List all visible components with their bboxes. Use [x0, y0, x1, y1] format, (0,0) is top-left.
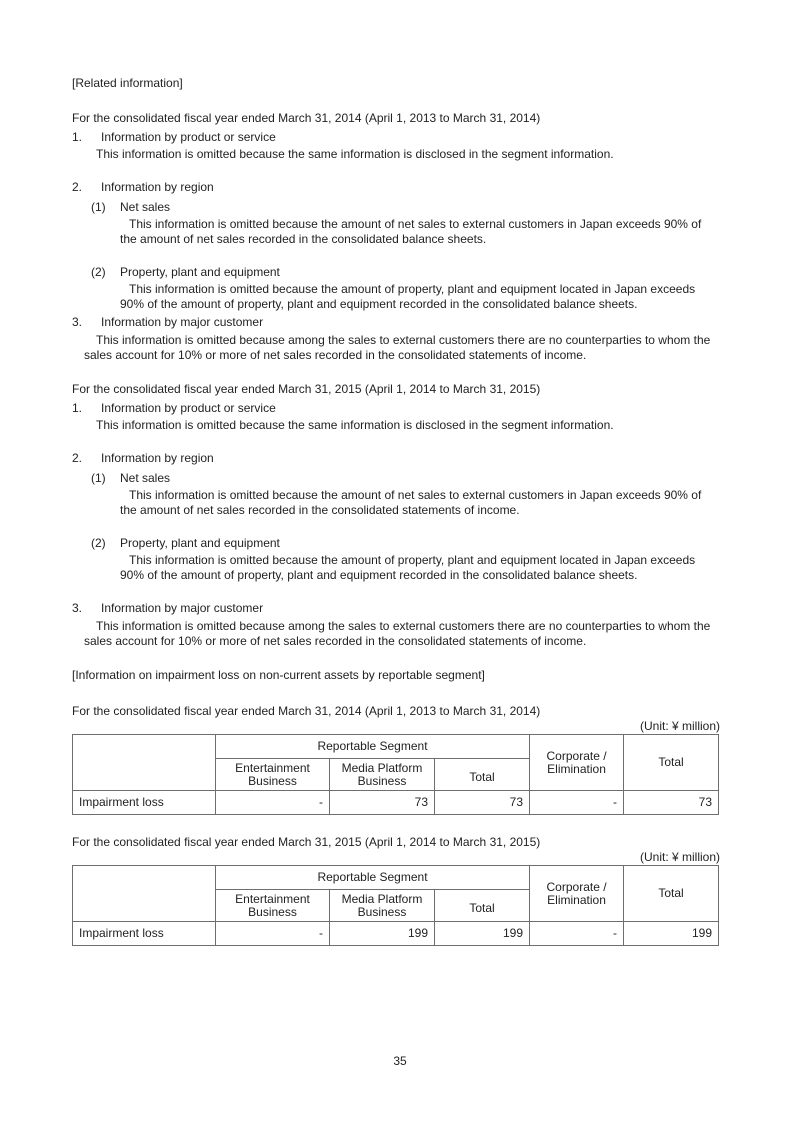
- fy2015-sub1-line1: This information is omitted because the …: [129, 488, 701, 503]
- table-row: Impairment loss - 73 73 - 73: [73, 791, 719, 815]
- header-media-line2: Business: [336, 906, 428, 919]
- header-corporate-line1: Corporate /: [536, 750, 617, 763]
- header-total: Total: [624, 735, 719, 791]
- header-entertainment-line1: Entertainment: [222, 762, 323, 775]
- header-entertainment-line2: Business: [222, 906, 323, 919]
- fy2014-item3-title: Information by major customer: [101, 315, 263, 330]
- cell-media-platform: 73: [330, 791, 435, 815]
- header-corporate-line2: Elimination: [536, 763, 617, 776]
- fy2015-item2-title: Information by region: [101, 451, 214, 466]
- fy2014-sub2-title: Property, plant and equipment: [120, 265, 280, 280]
- row-label: Impairment loss: [73, 922, 216, 946]
- fy2014-item1-title: Information by product or service: [101, 130, 276, 145]
- fy2014-sub2-line1: This information is omitted because the …: [129, 282, 695, 297]
- impairment-table2-unit: (Unit: ¥ million): [640, 850, 720, 864]
- impairment-table2-heading: For the consolidated fiscal year ended M…: [72, 835, 540, 850]
- header-entertainment-business: Entertainment Business: [216, 890, 330, 922]
- fy2015-sub1-num: (1): [91, 471, 106, 486]
- section-title-related-information: [Related information]: [72, 76, 183, 91]
- fy2015-item1-title: Information by product or service: [101, 401, 276, 416]
- fy2015-item3-title: Information by major customer: [101, 601, 263, 616]
- header-media-line1: Media Platform: [336, 762, 428, 775]
- header-media-line1: Media Platform: [336, 893, 428, 906]
- fy2014-item2-title: Information by region: [101, 180, 214, 195]
- fy2015-item1-num: 1.: [72, 401, 82, 416]
- row-label: Impairment loss: [73, 791, 216, 815]
- cell-total: 73: [624, 791, 719, 815]
- fy2014-sub1-line2: the amount of net sales recorded in the …: [120, 232, 486, 247]
- cell-segment-total: 199: [435, 922, 530, 946]
- header-segment-total: Total: [435, 759, 530, 791]
- fy2015-sub2-line1: This information is omitted because the …: [129, 553, 695, 568]
- header-media-platform-business: Media Platform Business: [330, 890, 435, 922]
- fy2014-item3-line1: This information is omitted because amon…: [96, 333, 710, 348]
- header-entertainment-line2: Business: [222, 775, 323, 788]
- fy2014-item3-num: 3.: [72, 315, 82, 330]
- cell-corporate-elimination: -: [530, 791, 624, 815]
- header-entertainment-business: Entertainment Business: [216, 759, 330, 791]
- header-media-line2: Business: [336, 775, 428, 788]
- cell-entertainment: -: [216, 922, 330, 946]
- table-corner-cell: [73, 735, 216, 791]
- cell-corporate-elimination: -: [530, 922, 624, 946]
- fy2014-sub1-num: (1): [91, 200, 106, 215]
- header-total: Total: [624, 866, 719, 922]
- fy2014-heading: For the consolidated fiscal year ended M…: [72, 111, 540, 126]
- fy2015-item2-num: 2.: [72, 451, 82, 466]
- header-corporate-elimination: Corporate / Elimination: [530, 866, 624, 922]
- fy2014-item2-num: 2.: [72, 180, 82, 195]
- fy2015-item1-text: This information is omitted because the …: [96, 418, 614, 433]
- fy2014-item1-num: 1.: [72, 130, 82, 145]
- fy2015-item3-line1: This information is omitted because amon…: [96, 619, 710, 634]
- table-row: Impairment loss - 199 199 - 199: [73, 922, 719, 946]
- page-number: 35: [0, 1054, 800, 1068]
- fy2015-item3-line2: sales account for 10% or more of net sal…: [84, 634, 586, 649]
- header-entertainment-line1: Entertainment: [222, 893, 323, 906]
- impairment-table1-heading: For the consolidated fiscal year ended M…: [72, 704, 540, 719]
- impairment-table-fy2014: Reportable Segment Corporate / Eliminati…: [72, 734, 719, 815]
- fy2015-sub1-title: Net sales: [120, 471, 170, 486]
- cell-entertainment: -: [216, 791, 330, 815]
- fy2015-heading: For the consolidated fiscal year ended M…: [72, 382, 540, 397]
- impairment-table1-unit: (Unit: ¥ million): [640, 719, 720, 733]
- fy2014-sub1-line1: This information is omitted because the …: [129, 217, 701, 232]
- cell-total: 199: [624, 922, 719, 946]
- header-corporate-line2: Elimination: [536, 894, 617, 907]
- header-media-platform-business: Media Platform Business: [330, 759, 435, 791]
- header-corporate-elimination: Corporate / Elimination: [530, 735, 624, 791]
- impairment-section-title: [Information on impairment loss on non-c…: [72, 668, 485, 683]
- fy2014-sub2-num: (2): [91, 265, 106, 280]
- fy2014-sub2-line2: 90% of the amount of property, plant and…: [120, 297, 637, 312]
- table-corner-cell: [73, 866, 216, 922]
- header-corporate-line1: Corporate /: [536, 881, 617, 894]
- fy2014-sub1-title: Net sales: [120, 200, 170, 215]
- header-segment-total: Total: [435, 890, 530, 922]
- fy2015-item3-num: 3.: [72, 601, 82, 616]
- cell-media-platform: 199: [330, 922, 435, 946]
- fy2015-sub1-line2: the amount of net sales recorded in the …: [120, 503, 520, 518]
- impairment-table-fy2015: Reportable Segment Corporate / Eliminati…: [72, 865, 719, 946]
- fy2015-sub2-title: Property, plant and equipment: [120, 536, 280, 551]
- header-reportable-segment: Reportable Segment: [216, 866, 530, 890]
- fy2014-item1-text: This information is omitted because the …: [96, 147, 614, 162]
- fy2014-item3-line2: sales account for 10% or more of net sal…: [84, 348, 586, 363]
- cell-segment-total: 73: [435, 791, 530, 815]
- header-reportable-segment: Reportable Segment: [216, 735, 530, 759]
- fy2015-sub2-num: (2): [91, 536, 106, 551]
- fy2015-sub2-line2: 90% of the amount of property, plant and…: [120, 568, 637, 583]
